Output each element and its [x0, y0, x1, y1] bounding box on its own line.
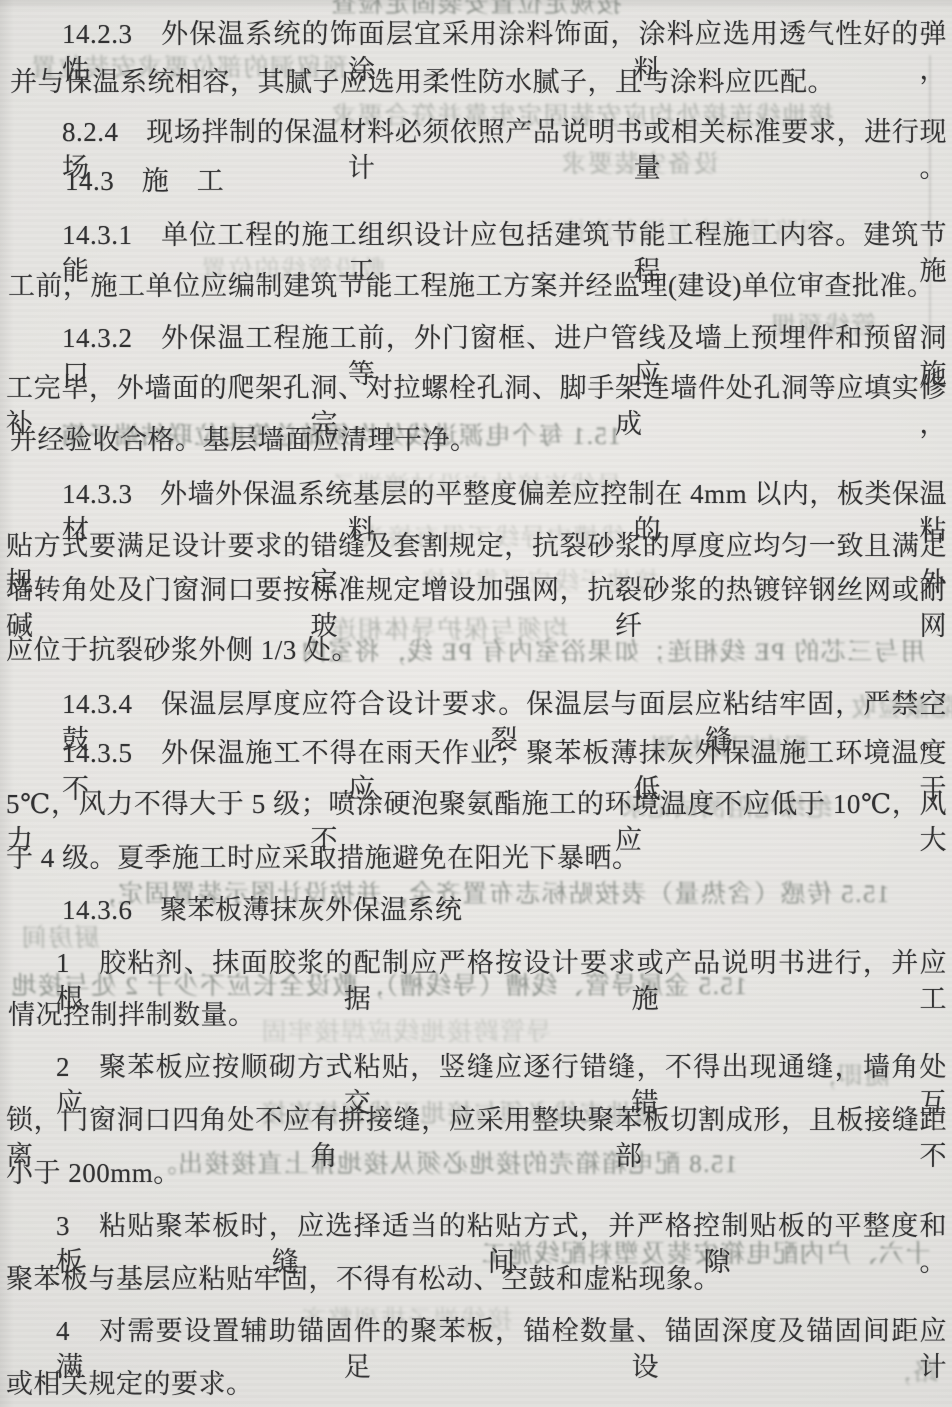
text-line: 情况控制拌制数量。 — [8, 997, 256, 1033]
text-line: 小于 200mm。 — [6, 1155, 181, 1191]
text-line: 或相关规定的要求。 — [6, 1366, 254, 1402]
text-line: 应位于抗裂砂浆外侧 1/3 处。 — [6, 632, 359, 668]
scanned-page: 按规定位置安装固定检查预留洞的部位要求安装位置接地线连接处均应安装固定牢靠并符合… — [0, 0, 952, 1407]
text-line: 于 4 级。夏季施工时应采取措施避免在阳光下暴晒。 — [6, 840, 640, 876]
text-line: 14.3 施 工 — [65, 163, 224, 199]
text-line: 并经验收合格。基层墙面应清理干净。 — [10, 422, 478, 458]
text-line: 工前，施工单位应编制建筑节能工程施工方案并经监理(建设)单位审查批准。 — [8, 268, 934, 304]
document-text-layer: 14.2.3 外保温系统的饰面层宜采用涂料饰面，涂料应选用透气性好的弹性涂料，并… — [0, 0, 952, 1407]
text-line: 并与保温系统相容，其腻子应选用柔性防水腻子，且与涂料应匹配。 — [10, 64, 835, 100]
text-line: 14.3.6 聚苯板薄抹灰外保温系统 — [62, 892, 463, 928]
text-line: 聚苯板与基层应粘贴牢固，不得有松动、空鼓和虚粘现象。 — [6, 1261, 721, 1297]
scan-shadow-line — [929, 55, 931, 335]
